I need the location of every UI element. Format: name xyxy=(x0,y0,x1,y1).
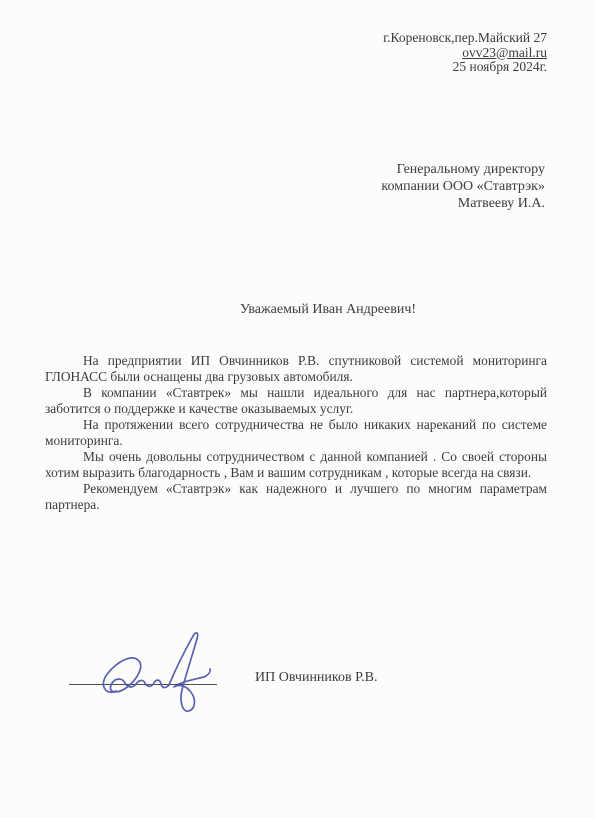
scanned-letter-page: г.Кореновск,пер.Майский 27 ovv23@mail.ru… xyxy=(0,0,595,818)
sender-email: ovv23@mail.ru xyxy=(462,45,547,60)
signer-name: ИП Овчинников Р.В. xyxy=(255,670,378,686)
salutation: Уважаемый Иван Андреевич! xyxy=(240,302,416,318)
letter-date: 25 ноября 2024г. xyxy=(383,60,547,75)
sender-block: г.Кореновск,пер.Майский 27 ovv23@mail.ru… xyxy=(383,31,547,75)
recipient-block: Генеральному директору компании ООО «Ста… xyxy=(381,161,545,212)
body-paragraph: Мы очень довольны сотрудничеством с данн… xyxy=(45,449,547,481)
body-paragraph: Рекомендуем «Ставтрэк» как надежного и л… xyxy=(45,481,547,513)
handwritten-signature xyxy=(70,628,230,723)
recipient-company: компании ООО «Ставтрэк» xyxy=(381,178,545,195)
body-paragraph: В компании «Ставтрек» мы нашли идеальног… xyxy=(45,385,547,417)
recipient-title: Генеральному директору xyxy=(381,161,545,178)
recipient-person: Матвееву И.А. xyxy=(381,195,545,212)
letter-body: На предприятии ИП Овчинников Р.В. спутни… xyxy=(45,353,547,513)
signature-stroke xyxy=(103,633,210,711)
body-paragraph: На предприятии ИП Овчинников Р.В. спутни… xyxy=(45,353,547,385)
body-paragraph: На протяжении всего сотрудничества не бы… xyxy=(45,417,547,449)
sender-address: г.Кореновск,пер.Майский 27 xyxy=(383,31,547,46)
